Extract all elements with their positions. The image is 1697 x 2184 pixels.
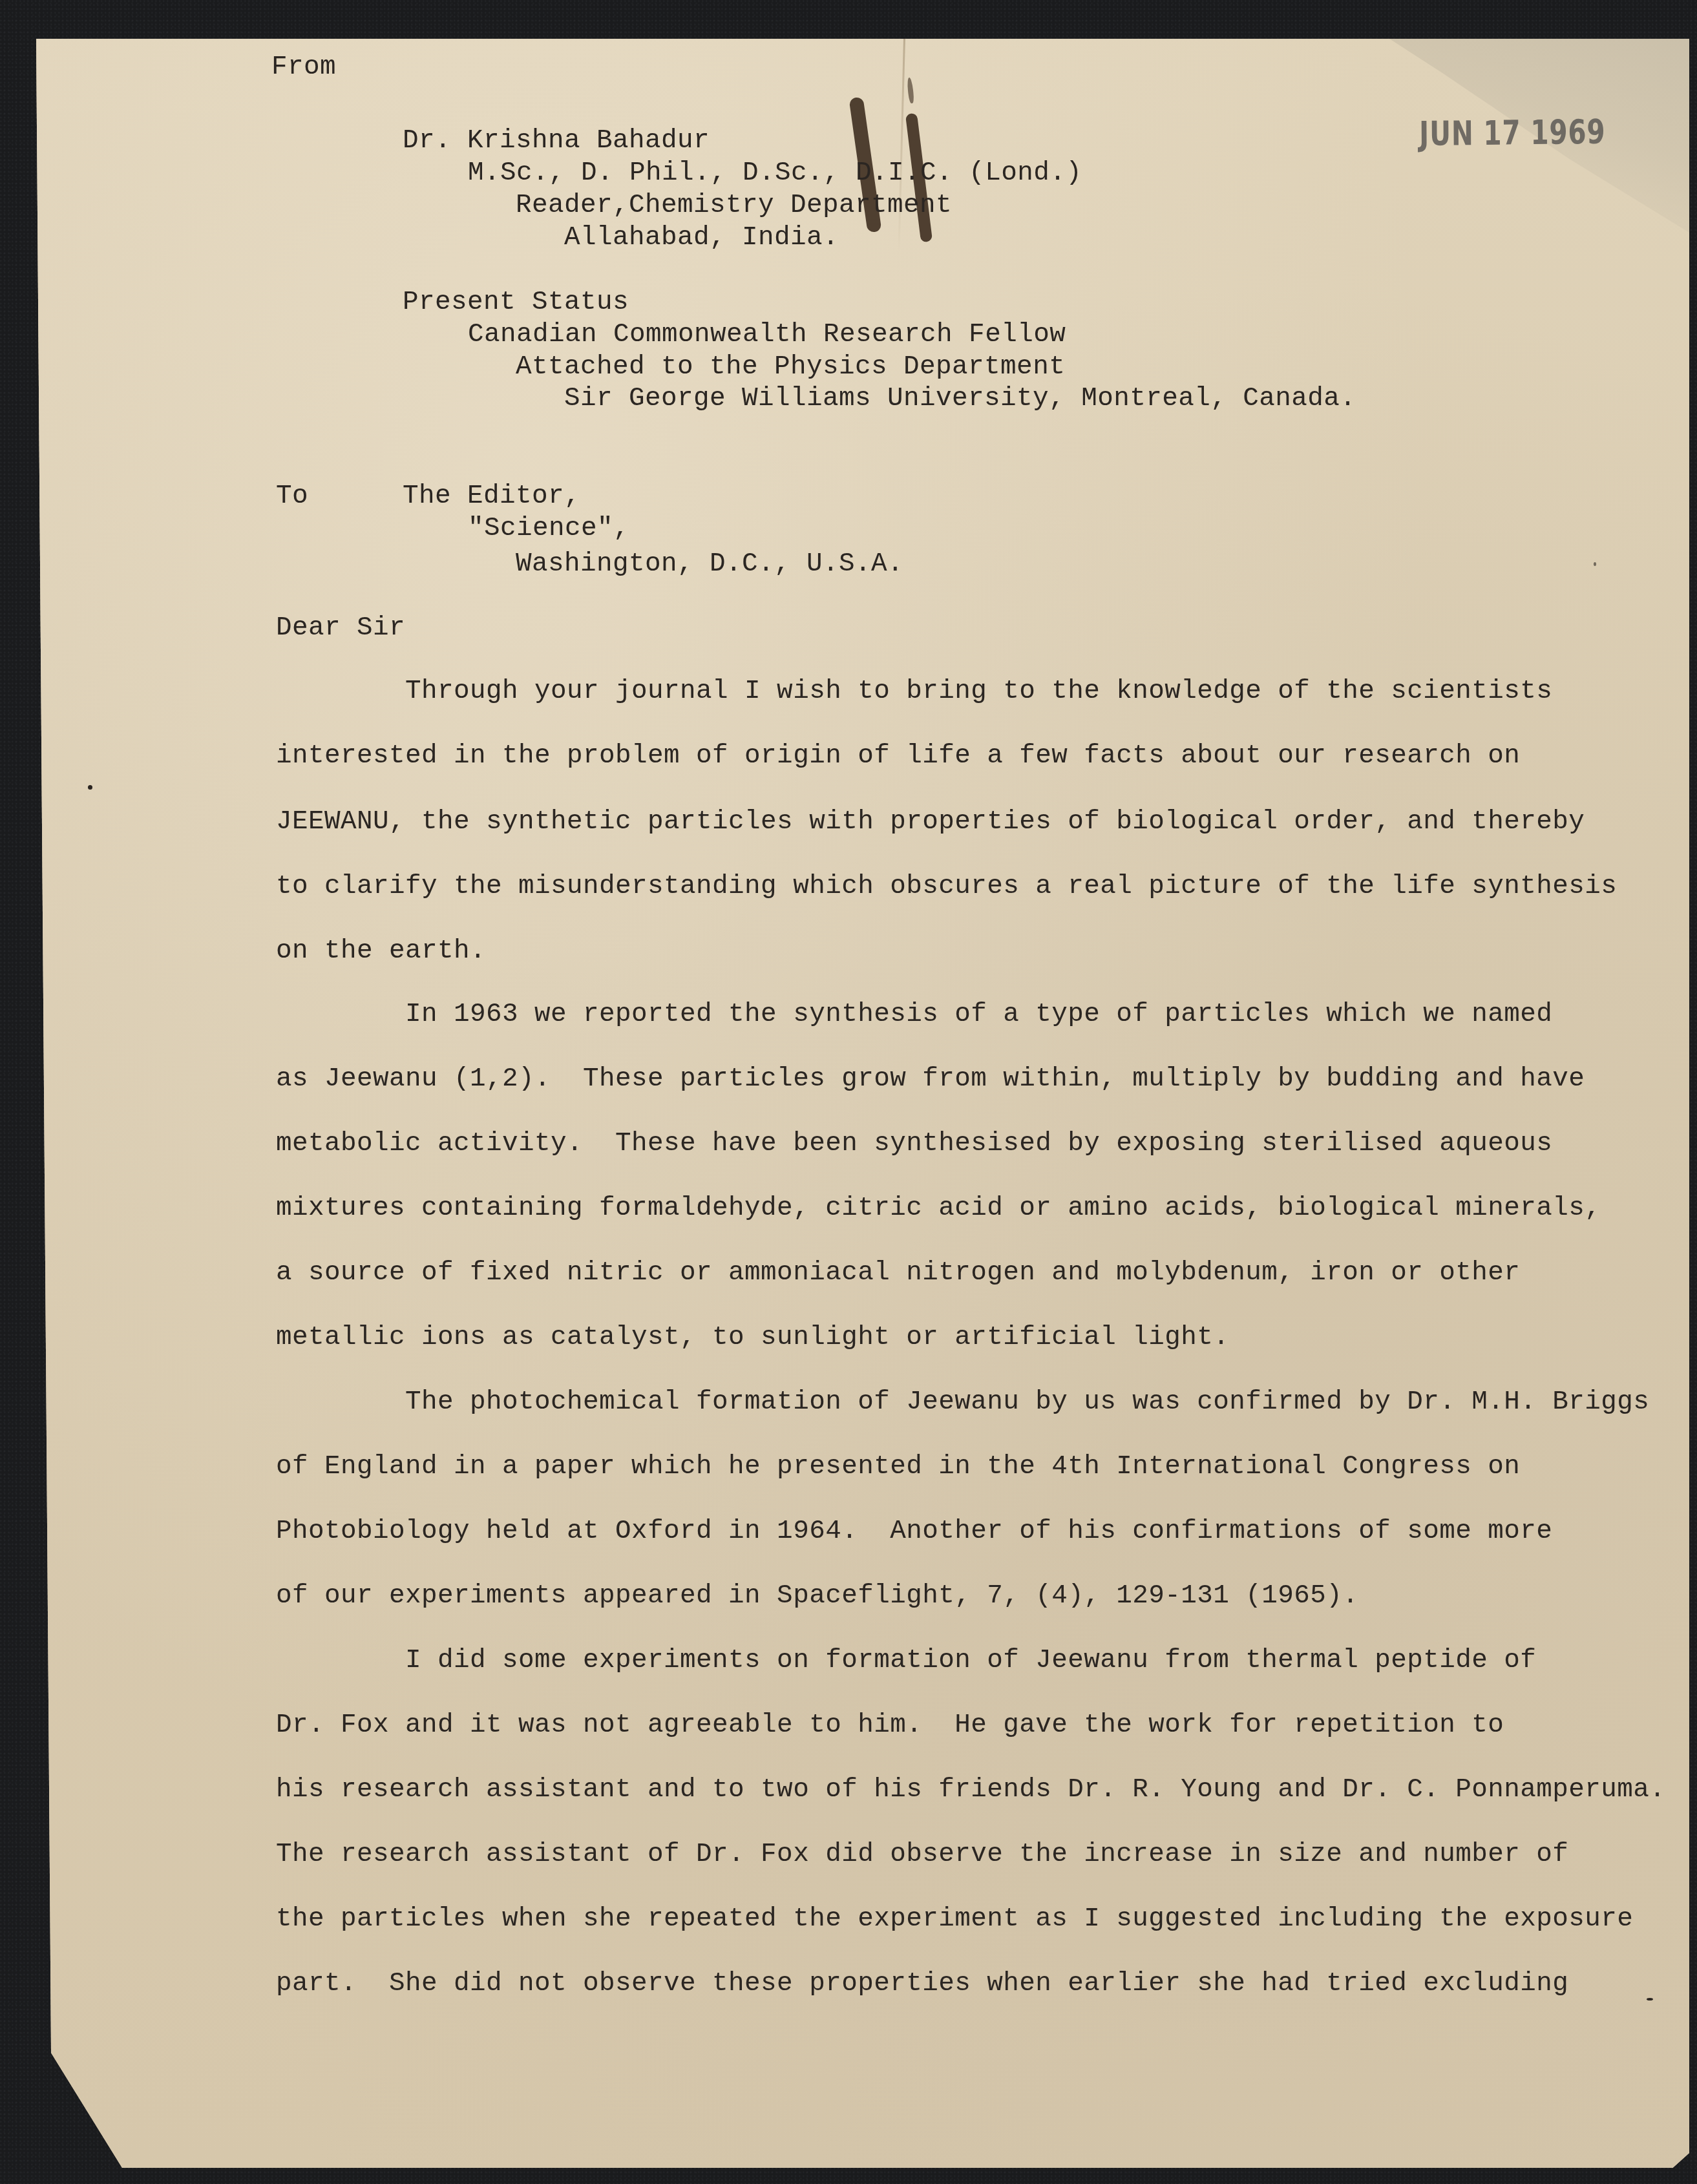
body-line: In 1963 we reported the synthesis of a t… (276, 1002, 1552, 1028)
body-line: a source of fixed nitric or ammoniacal n… (276, 1260, 1520, 1286)
body-line: metabolic activity. These have been synt… (276, 1131, 1552, 1157)
body-line: interested in the problem of origin of l… (276, 743, 1520, 770)
sender-degrees: M.Sc., D. Phil., D.Sc., D.I.C. (Lond.) (468, 160, 1082, 187)
body-line: of England in a paper which he presented… (276, 1454, 1520, 1480)
present-status-line: Canadian Commonwealth Research Fellow (468, 322, 1066, 348)
sender-position: Reader,Chemistry Department (516, 193, 952, 219)
stray-mark (88, 785, 92, 790)
body-line: as Jeewanu (1,2). These particles grow f… (276, 1066, 1585, 1093)
to-label: To (276, 483, 308, 510)
present-status-line: Sir George Williams University, Montreal… (564, 386, 1356, 412)
body-line: I did some experiments on formation of J… (276, 1648, 1536, 1674)
present-status-line: Attached to the Physics Department (516, 354, 1065, 381)
body-line: Dr. Fox and it was not agreeable to him.… (276, 1712, 1504, 1739)
sender-name: Dr. Krishna Bahadur (403, 128, 710, 154)
body-line: to clarify the misunderstanding which ob… (276, 874, 1617, 900)
stray-mark (1647, 1998, 1653, 2000)
stray-mark (1594, 562, 1596, 566)
from-label: From (271, 54, 336, 81)
body-line: of our experiments appeared in Spaceflig… (276, 1583, 1358, 1610)
body-line: Through your journal I wish to bring to … (276, 678, 1552, 705)
body-line: the particles when she repeated the expe… (276, 1906, 1633, 1933)
body-line: his research assistant and to two of his… (276, 1777, 1665, 1803)
salutation: Dear Sir (276, 615, 405, 642)
body-line: JEEWANU, the synthetic particles with pr… (276, 809, 1585, 835)
sender-location: Allahabad, India. (564, 225, 839, 251)
body-line: mixtures containing formaldehyde, citric… (276, 1195, 1601, 1222)
recipient-line: Washington, D.C., U.S.A. (516, 551, 903, 578)
body-line: Photobiology held at Oxford in 1964. Ano… (276, 1518, 1552, 1545)
body-line: The research assistant of Dr. Fox did ob… (276, 1842, 1568, 1868)
present-status-label: Present Status (403, 289, 629, 316)
body-line: The photochemical formation of Jeewanu b… (276, 1389, 1649, 1416)
received-date-stamp: JUN 17 1969 (1419, 113, 1606, 154)
body-line: metallic ions as catalyst, to sunlight o… (276, 1325, 1229, 1351)
recipient-line: The Editor, (403, 483, 580, 510)
body-line: on the earth. (276, 938, 486, 965)
body-line: part. She did not observe these properti… (276, 1971, 1568, 1997)
recipient-line: "Science", (468, 516, 629, 542)
